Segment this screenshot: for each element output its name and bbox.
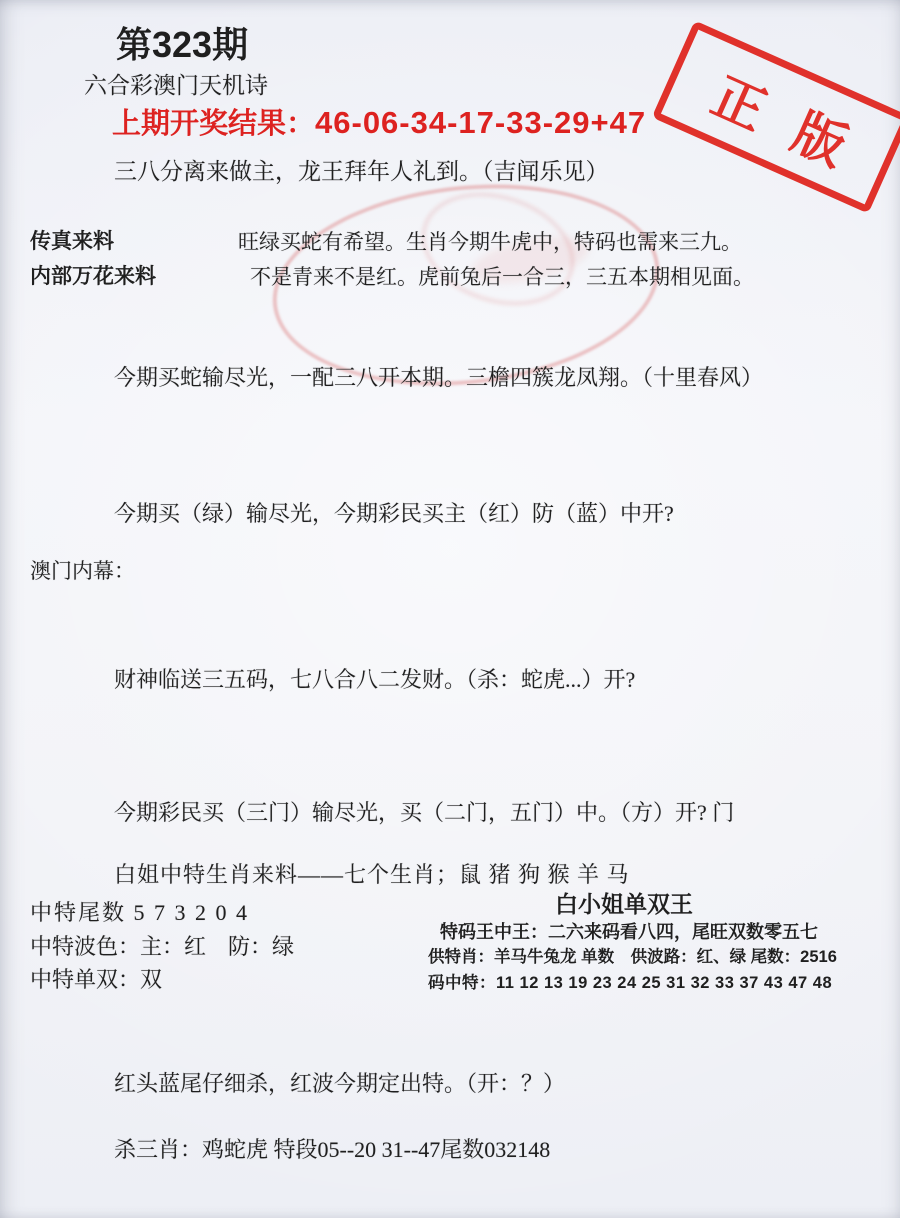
macau-insider-label: 澳门内幕： (30, 558, 135, 584)
poem-line-5: 今期彩民买（三门）输尽光，买（二门，五门）中。（方）开? 门 (114, 799, 734, 827)
special-wave-colors: 中特波色：主：红 防：绿 (30, 933, 294, 961)
scanned-lottery-sheet: 第323期 六合彩澳门天机诗 上期开奖结果：46-06-34-17-33-29+… (0, 0, 900, 1218)
last-draw-result: 上期开奖结果：46-06-34-17-33-29+47 (112, 104, 646, 143)
kill-three-zodiac-line: 杀三肖：鸡蛇虎 特段05--20 31--47尾数032148 (114, 1136, 550, 1164)
poem-line-1: 三八分离来做主，龙王拜年人礼到。（吉闻乐见） (114, 158, 609, 187)
poem-line-3: 今期买（绿）输尽光，今期彩民买主（红）防（蓝）中开? (114, 500, 674, 528)
internal-source-label: 内部万花来料 (30, 264, 156, 290)
poem-line-2: 今期买蛇输尽光，一配三八开本期。三檐四簇龙凤翔。（十里春风） (114, 364, 763, 392)
genuine-stamp: 正版 (652, 20, 900, 213)
internal-tip-text: 不是青来不是红。虎前兔后一合三，三五本期相见面。 (250, 264, 754, 290)
last-draw-result-numbers: 46-06-34-17-33-29+47 (315, 105, 646, 140)
last-draw-result-label: 上期开奖结果： (112, 108, 315, 140)
fax-source-label: 传真来料 (30, 229, 114, 255)
special-odd-even: 中特单双：双 (30, 966, 162, 994)
fax-tip-text: 旺绿买蛇有希望。生肖今期牛虎中，特码也需来三九。 (238, 229, 742, 255)
right-block-king-line: 特码王中王：二六来码看八四，尾旺双数零五七 (440, 921, 818, 944)
right-block-numbers-line: 码中特：11 12 13 19 23 24 25 31 32 33 37 43 … (428, 973, 832, 994)
right-block-title: 白小姐单双王 (428, 890, 820, 919)
zodiac-tip-line: 白姐中特生肖来料——七个生肖；鼠 猪 狗 猴 羊 马 (114, 861, 630, 889)
poem-line-4: 财神临送三五码，七八合八二发财。（杀：蛇虎...）开? (114, 666, 635, 694)
sheet-title: 六合彩澳门天机诗 (84, 72, 268, 101)
issue-number: 第323期 (116, 22, 248, 67)
poem-line-6: 红头蓝尾仔细杀，红波今期定出特。（开：？） (114, 1070, 565, 1098)
special-tail-numbers: 中特尾数 5 7 3 2 0 4 (30, 899, 249, 927)
right-block-zodiac-line: 供特肖：羊马牛兔龙 单数 供波路：红、绿 尾数：2516 (428, 947, 837, 968)
